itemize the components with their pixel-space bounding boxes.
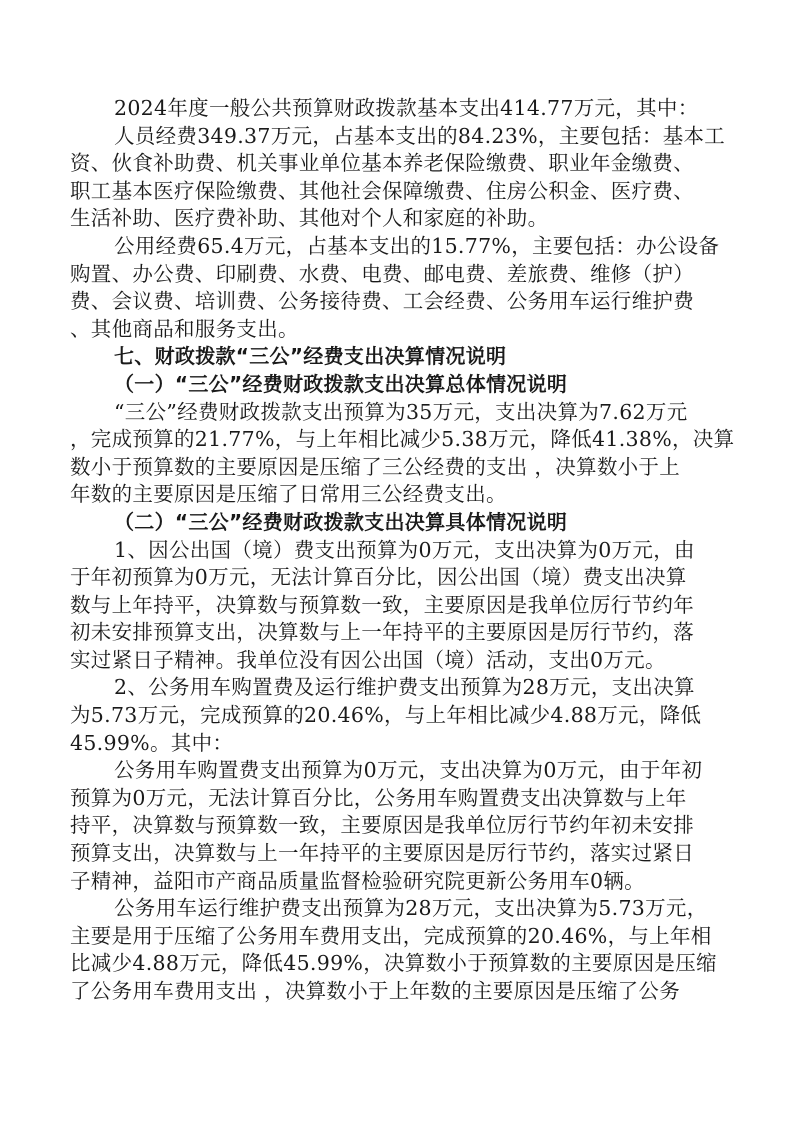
text-line: 主要是用于压缩了公务用车费用支出，完成预算的20.46%，与上年相 xyxy=(70,923,730,951)
text-line: 45.99%。其中： xyxy=(70,730,730,758)
text-line: 比减少4.88万元，降低45.99%，决算数小于预算数的主要原因是压缩 xyxy=(70,950,730,978)
text-line: 为5.73万元，完成预算的20.46%，与上年相比减少4.88万元，降低 xyxy=(70,702,730,730)
text-line: 了公务用车费用支出 ，决算数小于上年数的主要原因是压缩了公务 xyxy=(70,978,730,1006)
text-line: 初未安排预算支出，决算数与上一年持平的主要原因是厉行节约，落 xyxy=(70,619,730,647)
text-line: 数小于预算数的主要原因是压缩了三公经费的支出 ，决算数小于上 xyxy=(70,454,730,482)
text-line: 生活补助、医疗费补助、其他对个人和家庭的补助。 xyxy=(70,205,730,233)
text-line: 预算为0万元，无法计算百分比，公务用车购置费支出决算数与上年 xyxy=(70,785,730,813)
text-line: 购置、办公费、印刷费、水费、电费、邮电费、差旅费、维修（护） xyxy=(70,261,730,289)
text-line: 费、会议费、培训费、公务接待费、工会经费、公务用车运行维护费 xyxy=(70,288,730,316)
paragraph-personnel-funds: 人员经费349.37万元，占基本支出的84.23%，主要包括：基本工 xyxy=(70,123,730,151)
paragraph-vehicle-purchase: 公务用车购置费支出预算为0万元，支出决算为0万元，由于年初 xyxy=(70,757,730,785)
paragraph-vehicle-total: 2、公务用车购置费及运行维护费支出预算为28万元，支出决算 xyxy=(70,674,730,702)
paragraph-overseas-travel: 1、因公出国（境）费支出预算为0万元，支出决算为0万元，由 xyxy=(70,537,730,565)
text-line: 于年初预算为0万元，无法计算百分比，因公出国（境）费支出决算 xyxy=(70,564,730,592)
subsection-heading-specific: （二）“三公”经费财政拨款支出决算具体情况说明 xyxy=(70,509,730,537)
text-line: 子精神，益阳市产商品质量监督检验研究院更新公务用车0辆。 xyxy=(70,868,730,896)
paragraph-vehicle-operation: 公务用车运行维护费支出预算为28万元，支出决算为5.73万元， xyxy=(70,895,730,923)
text-line: 、其他商品和服务支出。 xyxy=(70,316,730,344)
paragraph-basic-expenditure: 2024年度一般公共预算财政拨款基本支出414.77万元，其中： xyxy=(70,95,730,123)
text-line: ，完成预算的21.77%，与上年相比减少5.38万元，降低41.38%，决算 xyxy=(70,426,730,454)
text-line: 资、伙食补助费、机关事业单位基本养老保险缴费、职业年金缴费、 xyxy=(70,150,730,178)
text-line: 年数的主要原因是压缩了日常用三公经费支出。 xyxy=(70,481,730,509)
text-line: 实过紧日子精神。我单位没有因公出国（境）活动，支出0万元。 xyxy=(70,647,730,675)
text-line: 数与上年持平，决算数与预算数一致，主要原因是我单位厉行节约年 xyxy=(70,592,730,620)
paragraph-public-funds: 公用经费65.4万元，占基本支出的15.77%，主要包括：办公设备 xyxy=(70,233,730,261)
section-heading-seven: 七、财政拨款“三公”经费支出决算情况说明 xyxy=(70,343,730,371)
paragraph-three-public-overall: “三公”经费财政拨款支出预算为35万元，支出决算为7.62万元 xyxy=(70,399,730,427)
document-page: 2024年度一般公共预算财政拨款基本支出414.77万元，其中： 人员经费349… xyxy=(70,95,730,1006)
text-line: 持平，决算数与预算数一致，主要原因是我单位厉行节约年初未安排 xyxy=(70,812,730,840)
text-line: 预算支出，决算数与上一年持平的主要原因是厉行节约，落实过紧日 xyxy=(70,840,730,868)
text-line: 职工基本医疗保险缴费、其他社会保障缴费、住房公积金、医疗费、 xyxy=(70,178,730,206)
subsection-heading-overall: （一）“三公”经费财政拨款支出决算总体情况说明 xyxy=(70,371,730,399)
